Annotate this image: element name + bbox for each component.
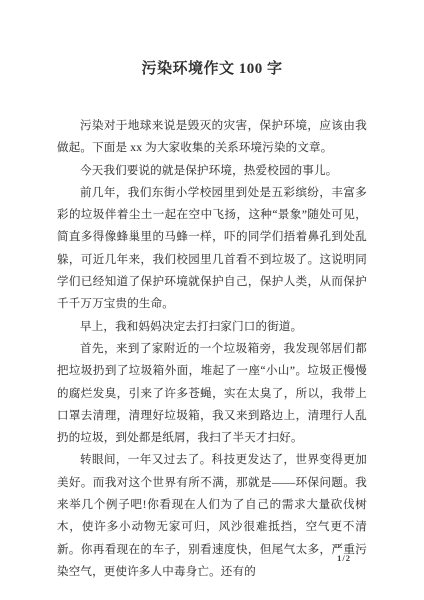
paragraph-6: 转眼间，一年又过去了。科技更发达了，世界变得更加美好。而我对这个世界有所不满，那… xyxy=(57,449,367,583)
paragraph-2: 今天我们要说的就是保护环境，热爱校园的事儿。 xyxy=(57,160,367,182)
paragraph-1: 污染对于地球来说是毁灭的灾害，保护环境，应该由我做起。下面是 xx 为大家收集的… xyxy=(57,115,367,160)
paragraph-5: 首先，来到了家附近的一个垃圾箱旁，我发现邻居们都把垃圾扔到了垃圾箱外面，堆起了一… xyxy=(57,338,367,449)
paragraph-3: 前几年，我们东街小学校园里到处是五彩缤纷，丰富多彩的垃圾伴着尘土一起在空中飞扬，… xyxy=(57,182,367,316)
page-number: 1/2 xyxy=(337,553,351,563)
paragraph-4: 早上，我和妈妈决定去打扫家门口的街道。 xyxy=(57,316,367,338)
document-body: 污染对于地球来说是毁灭的灾害，保护环境，应该由我做起。下面是 xx 为大家收集的… xyxy=(0,115,424,583)
document-title: 污染环境作文 100 字 xyxy=(0,0,424,78)
document-page: 污染环境作文 100 字 污染对于地球来说是毁灭的灾害，保护环境，应该由我做起。… xyxy=(0,0,424,600)
